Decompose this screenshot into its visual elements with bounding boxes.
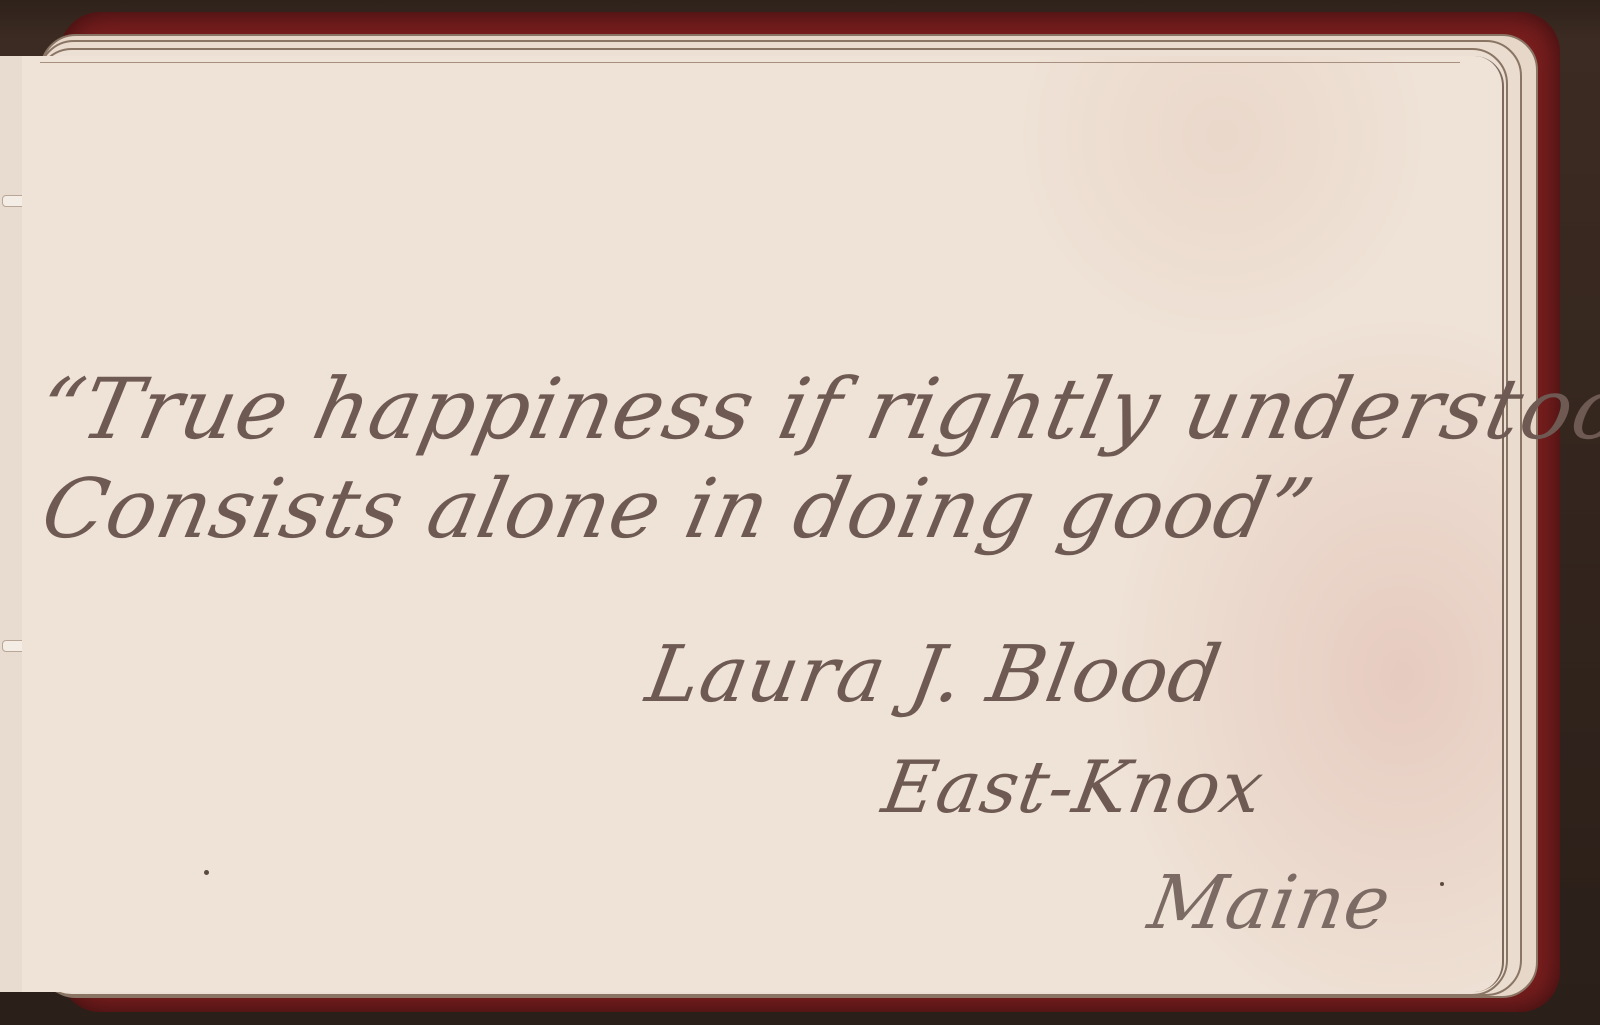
quote-line-1: “True happiness if rightly understood [30, 360, 1600, 458]
signature-name: Laura J. Blood [640, 630, 1228, 720]
page-top-edge-line [40, 62, 1460, 63]
signature-place: East-Knox [877, 745, 1271, 829]
signature-state: Maine [1142, 860, 1397, 946]
paper-speck [204, 870, 209, 875]
quote-line-2: Consists alone in doing good” [34, 462, 1322, 557]
paper-speck [1440, 882, 1444, 886]
